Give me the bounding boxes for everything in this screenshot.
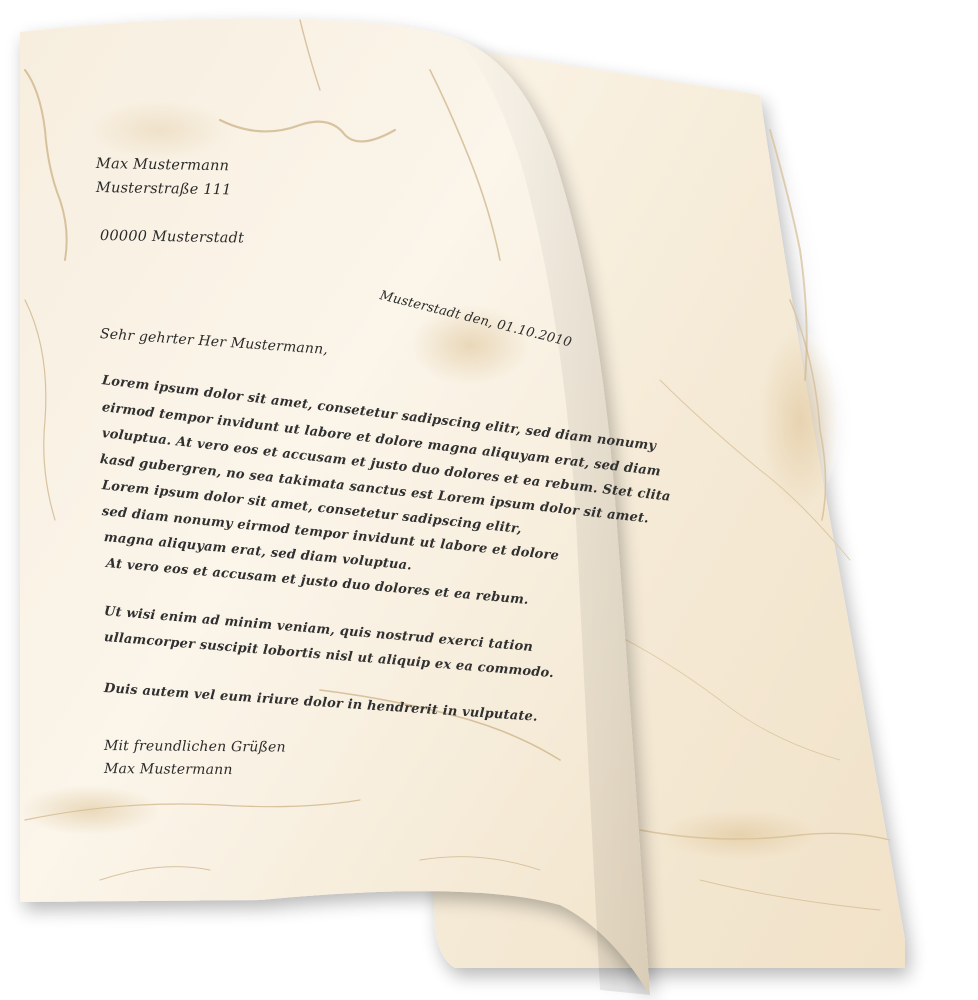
sender-name: Max Mustermann (96, 156, 229, 174)
signature: Max Mustermann (104, 761, 233, 778)
sender-street: Musterstraße 111 (96, 180, 232, 198)
letter-paper-scene: Max Mustermann Musterstraße 111 00000 Mu… (0, 0, 978, 1000)
sender-city: 00000 Musterstadt (100, 228, 244, 247)
closing: Mit freundlichen Grüßen (104, 738, 286, 756)
